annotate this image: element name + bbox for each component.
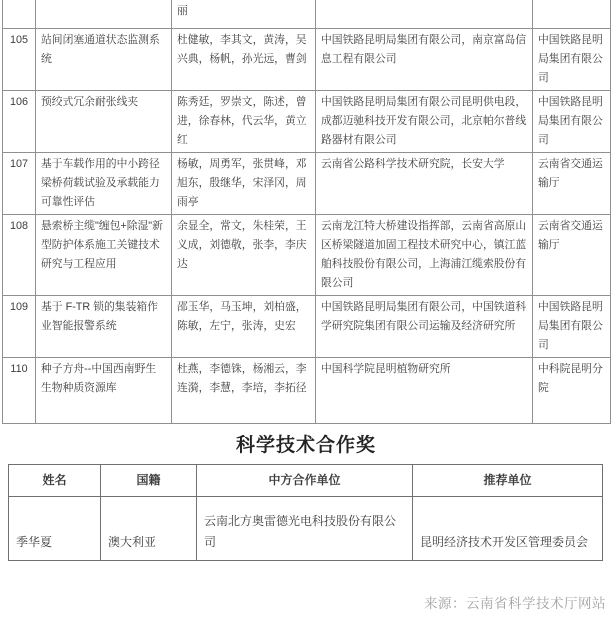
name-cell: 季华夏 bbox=[9, 497, 101, 561]
cooperation-data-row: 季华夏 澳大利亚 云南北方奥雷德光电科技股份有限公司 昆明经济技术开发区管理委员… bbox=[9, 497, 603, 561]
table-row-108: 108 悬索桥主缆"缠包+除湿"新型防护体系施工关键技术研究与工程应用 余显全，… bbox=[3, 215, 611, 296]
recommender-cell bbox=[533, 0, 611, 29]
people-cell: 陈秀廷，罗崇文，陈述，曾进，徐春林，代云华，黄立红 bbox=[172, 91, 316, 153]
recommender-cell: 云南省交通运输厅 bbox=[533, 215, 611, 296]
table-row-109: 109 基于 F-TR 锁的集装箱作业智能报警系统 邵玉华，马玉坤，刘柏盛，陈敏… bbox=[3, 296, 611, 358]
project-cell: 悬索桥主缆"缠包+除湿"新型防护体系施工关键技术研究与工程应用 bbox=[36, 215, 172, 296]
people-cell: 杜健敏，李其文，黄涛，吴兴典，杨帆，孙光远，曹剑 bbox=[172, 29, 316, 91]
table-row-105: 105 站间闭塞通道状态监测系统 杜健敏，李其文，黄涛，吴兴典，杨帆，孙光远，曹… bbox=[3, 29, 611, 91]
table-row-110: 110 种子方舟--中国西南野生生物种质资源库 杜燕，李德铢，杨湘云，李连漪，李… bbox=[3, 358, 611, 424]
people-cell: 邵玉华，马玉坤，刘柏盛，陈敏，左宁，张涛，史宏 bbox=[172, 296, 316, 358]
row-number-cell: 110 bbox=[3, 358, 36, 424]
header-recommender: 推荐单位 bbox=[413, 465, 603, 497]
people-cell: 丽 bbox=[172, 0, 316, 29]
people-cell: 杨敏，周勇军，张贯峰，邓旭东，殷继华，宋泽冈，周雨亭 bbox=[172, 153, 316, 215]
recommender-cell: 中国铁路昆明局集团有限公司 bbox=[533, 91, 611, 153]
nationality-cell: 澳大利亚 bbox=[101, 497, 197, 561]
row-number-cell: 108 bbox=[3, 215, 36, 296]
header-partner: 中方合作单位 bbox=[197, 465, 413, 497]
people-cell: 余显全，常文，朱桂荣，王义成，刘德敬，张李，李庆达 bbox=[172, 215, 316, 296]
row-number-cell: 106 bbox=[3, 91, 36, 153]
organizations-cell: 中国铁路昆明局集团有限公司昆明供电段，成都迈驰科技开发有限公司，北京帕尔普线路器… bbox=[316, 91, 533, 153]
cooperation-award-table: 姓名 国籍 中方合作单位 推荐单位 季华夏 澳大利亚 云南北方奥雷德光电科技股份… bbox=[8, 464, 603, 561]
recommender-cell: 中国铁路昆明局集团有限公司 bbox=[533, 296, 611, 358]
recommender-cell: 中国铁路昆明局集团有限公司 bbox=[533, 29, 611, 91]
organizations-cell: 云南龙江特大桥建设指挥部，云南省高原山区桥梁隧道加固工程技术研究中心，镇江蓝舶科… bbox=[316, 215, 533, 296]
table-row-107: 107 基于车载作用的中小跨径梁桥荷载试验及承载能力可靠性评估 杨敏，周勇军，张… bbox=[3, 153, 611, 215]
organizations-cell bbox=[316, 0, 533, 29]
cooperation-header-row: 姓名 国籍 中方合作单位 推荐单位 bbox=[9, 465, 603, 497]
recommender-cell: 昆明经济技术开发区管理委员会 bbox=[413, 497, 603, 561]
organizations-cell: 中国铁路昆明局集团有限公司，中国铁道科学研究院集团有限公司运输及经济研究所 bbox=[316, 296, 533, 358]
project-cell: 站间闭塞通道状态监测系统 bbox=[36, 29, 172, 91]
header-name: 姓名 bbox=[9, 465, 101, 497]
project-cell: 基于车载作用的中小跨径梁桥荷载试验及承载能力可靠性评估 bbox=[36, 153, 172, 215]
project-cell: 基于 F-TR 锁的集装箱作业智能报警系统 bbox=[36, 296, 172, 358]
organizations-cell: 中国科学院昆明植物研究所 bbox=[316, 358, 533, 424]
table-row-partial: 丽 bbox=[3, 0, 611, 29]
organizations-cell: 中国铁路昆明局集团有限公司，南京富岛信息工程有限公司 bbox=[316, 29, 533, 91]
row-number-cell: 109 bbox=[3, 296, 36, 358]
source-caption: 来源：云南省科学技术厅网站 bbox=[424, 592, 606, 612]
header-nationality: 国籍 bbox=[101, 465, 197, 497]
project-cell: 预绞式冗余耐张线夹 bbox=[36, 91, 172, 153]
row-number-cell bbox=[3, 0, 36, 29]
people-cell: 杜燕，李德铢，杨湘云，李连漪，李慧，李培，李拓径 bbox=[172, 358, 316, 424]
row-number-cell: 107 bbox=[3, 153, 36, 215]
recommender-cell: 中科院昆明分院 bbox=[533, 358, 611, 424]
organizations-cell: 云南省公路科学技术研究院，长安大学 bbox=[316, 153, 533, 215]
main-award-table: 丽 105 站间闭塞通道状态监测系统 杜健敏，李其文，黄涛，吴兴典，杨帆，孙光远… bbox=[2, 0, 611, 424]
project-cell bbox=[36, 0, 172, 29]
recommender-cell: 云南省交通运输厅 bbox=[533, 153, 611, 215]
row-number-cell: 105 bbox=[3, 29, 36, 91]
project-cell: 种子方舟--中国西南野生生物种质资源库 bbox=[36, 358, 172, 424]
table-row-106: 106 预绞式冗余耐张线夹 陈秀廷，罗崇文，陈述，曾进，徐春林，代云华，黄立红 … bbox=[3, 91, 611, 153]
partner-cell: 云南北方奥雷德光电科技股份有限公司 bbox=[197, 497, 413, 561]
document-page: 丽 105 站间闭塞通道状态监测系统 杜健敏，李其文，黄涛，吴兴典，杨帆，孙光远… bbox=[0, 0, 612, 619]
section-title: 科学技术合作奖 bbox=[0, 430, 612, 457]
